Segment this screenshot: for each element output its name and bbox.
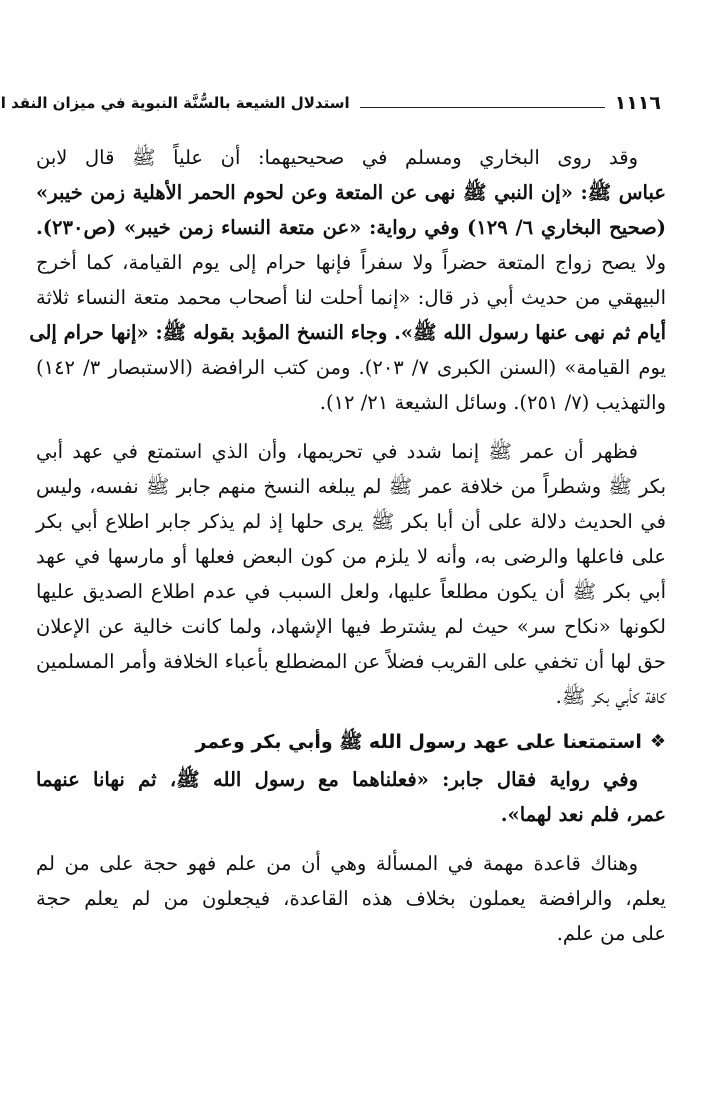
text-line: عباس ﷺ: «إن النبي ﷺ نهى عن المتعة وعن لح…: [36, 175, 666, 210]
paragraph-gap: [36, 832, 666, 846]
page-number: ١١١٦: [615, 92, 661, 114]
text-line: يعلم، والرافضة يعملون بخلاف هذه القاعدة،…: [36, 881, 666, 916]
text-line: فظهر أن عمر ﷺ إنما شدد في تحريمها، وأن ا…: [36, 434, 666, 469]
paragraph-1: وقد روى البخاري ومسلم في صحيحيهما: أن عل…: [36, 140, 666, 420]
text-line: وقد روى البخاري ومسلم في صحيحيهما: أن عل…: [36, 140, 666, 175]
diamond-ornament-icon: ❖: [650, 722, 666, 762]
page-header: ١١١٦ استدلال الشيعة بالسُّنَّة النبوية ف…: [36, 88, 661, 114]
text-line: حق لها أن تخفي على القريب فضلاً عن المضط…: [36, 644, 666, 679]
text-line: والتهذيب (٧/ ٢٥١). وسائل الشيعة ٢١/ ١٢).: [36, 385, 666, 420]
text-line: في الحديث دلالة على أن أبا بكر ﷺ يرى حله…: [36, 504, 666, 539]
text-line: على من علم.: [36, 916, 666, 951]
paragraph-gap: [36, 420, 666, 434]
text-line: بكر ﷺ وشطراً من خلافة عمر ﷺ لم يبلغه الن…: [36, 469, 666, 504]
section-heading: ❖ استمتعنا على عهد رسول الله ﷺ وأبي بكر …: [36, 722, 666, 762]
text-line: البيهقي من حديث أبي ذر قال: «إنما أحلت ل…: [36, 280, 666, 315]
paragraph-4: وهناك قاعدة مهمة في المسألة وهي أن من عل…: [36, 846, 666, 951]
book-page: ١١١٦ استدلال الشيعة بالسُّنَّة النبوية ف…: [0, 0, 703, 1111]
running-title: استدلال الشيعة بالسُّنَّة النبوية في ميز…: [0, 92, 350, 114]
text-line: على فاعلها والرضى به، وأنه لا يلزم من كو…: [36, 539, 666, 574]
paragraph-3: وفي رواية فقال جابر: «فعلناهما مع رسول ا…: [36, 762, 666, 832]
header-rule: [360, 107, 605, 108]
text-line: أبي بكر ﷺ أن يكون مطلعاً عليها، ولعل الس…: [36, 574, 666, 609]
text-line: أيام ثم نهى عنها رسول الله ﷺ». وجاء النس…: [36, 315, 666, 350]
text-line: (صحيح البخاري ٦/ ١٢٩) وفي رواية: «عن متع…: [36, 210, 666, 245]
paragraph-2: فظهر أن عمر ﷺ إنما شدد في تحريمها، وأن ا…: [36, 434, 666, 714]
text-line: عمر، فلم نعد لهما».: [36, 797, 666, 832]
text-line: يوم القيامة» (السنن الكبرى ٧/ ٢٠٣). ومن …: [36, 350, 666, 385]
text-line: لكونها «نكاح سر» حيث لم يشترط فيها الإشه…: [36, 609, 666, 644]
text-line: ولا يصح زواج المتعة حضراً ولا سفراً فإنه…: [36, 245, 666, 280]
text-line: كافة كأبي بكر ﷺ.: [36, 679, 666, 714]
text-line: وفي رواية فقال جابر: «فعلناهما مع رسول ا…: [36, 762, 666, 797]
text-line: وهناك قاعدة مهمة في المسألة وهي أن من عل…: [36, 846, 666, 881]
body-text: وقد روى البخاري ومسلم في صحيحيهما: أن عل…: [36, 140, 666, 951]
section-heading-text: استمتعنا على عهد رسول الله ﷺ وأبي بكر وع…: [195, 722, 641, 762]
